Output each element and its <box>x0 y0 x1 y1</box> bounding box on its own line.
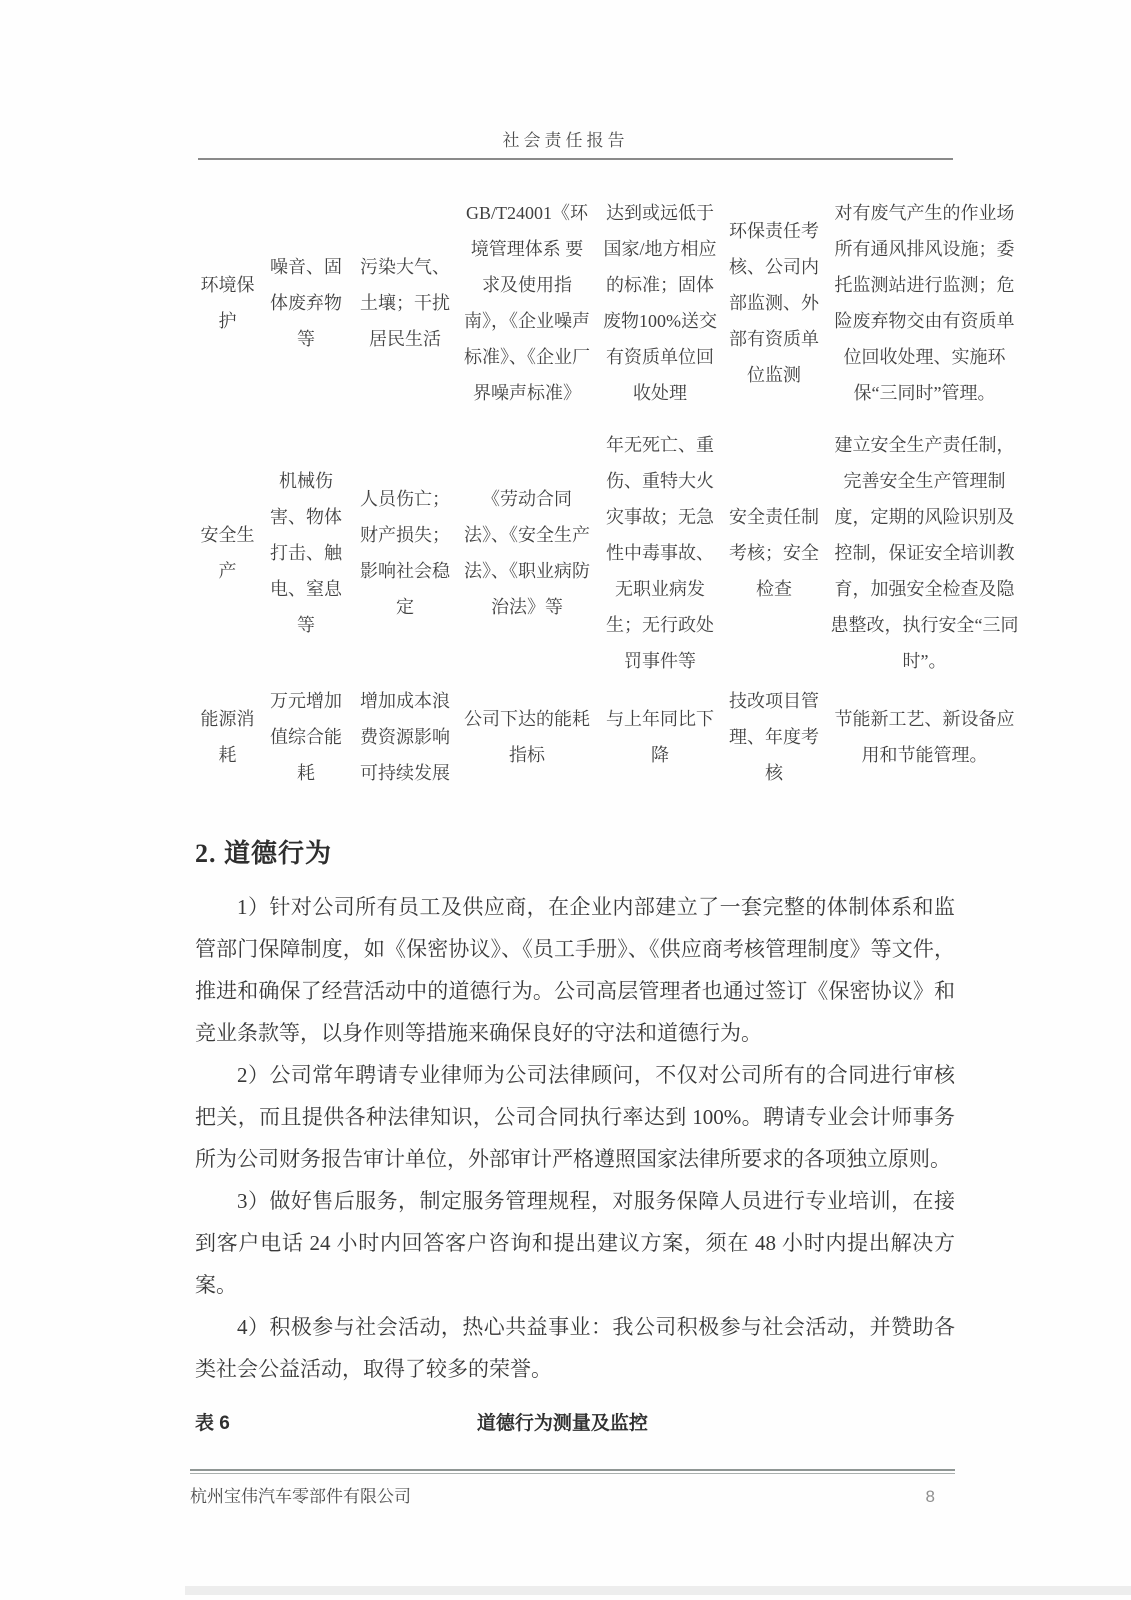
paragraph-4: 4）积极参与社会活动，热心共益事业：我公司积极参与社会活动，并赞助各类社会公益活… <box>195 1306 955 1390</box>
paragraph-1: 1）针对公司所有员工及供应商，在企业内部建立了一套完整的体制体系和监管部门保障制… <box>195 886 955 1054</box>
table-cell: 污染大气、土壤；干扰居民生活 <box>352 180 458 425</box>
footer-company: 杭州宝伟汽车零部件有限公司 <box>190 1482 411 1507</box>
responsibility-table: 环境保护 噪音、固体废弃物等 污染大气、土壤；干扰居民生活 GB/T24001《… <box>195 180 1025 793</box>
table-cell: 环保责任考核、公司内部监测、外部有资质单位监测 <box>724 180 824 425</box>
paragraph-2: 2）公司常年聘请专业律师为公司法律顾问，不仅对公司所有的合同进行审核把关，而且提… <box>195 1054 955 1180</box>
table-row-safety: 安全生产 机械伤害、物体打击、触电、窒息等 人员伤亡；财产损失；影响社会稳定 《… <box>195 425 1025 681</box>
table-cell: 建立安全生产责任制，完善安全生产管理制度，定期的风险识别及控制，保证安全培训教育… <box>824 425 1025 681</box>
table-cell: 公司下达的能耗指标 <box>458 681 596 793</box>
table-cell: 达到或远低于国家/地方相应的标准；固体废物100%送交有资质单位回收处理 <box>596 180 724 425</box>
table-row-energy: 能源消耗 万元增加值综合能耗 增加成本浪费资源影响可持续发展 公司下达的能耗指标… <box>195 681 1025 793</box>
paragraph-3: 3）做好售后服务，制定服务管理规程，对服务保障人员进行专业培训，在接到客户电话 … <box>195 1180 955 1306</box>
table-caption-label: 表 6 <box>195 1408 230 1435</box>
document-page: 社会责任报告 环境保护 噪音、固体废弃物等 污染大气、土壤；干扰居民生活 GB/… <box>0 0 1131 1600</box>
table-cell: 万元增加值综合能耗 <box>260 681 352 793</box>
table-caption: 表 6 道德行为测量及监控 <box>195 1408 955 1435</box>
table-cell: 机械伤害、物体打击、触电、窒息等 <box>260 425 352 681</box>
header-divider <box>198 158 953 160</box>
table-cell: 安全生产 <box>195 425 260 681</box>
table-cell: 人员伤亡；财产损失；影响社会稳定 <box>352 425 458 681</box>
table-cell: 年无死亡、重伤、重特大火灾事故；无急性中毒事故、无职业病发生；无行政处罚事件等 <box>596 425 724 681</box>
footer-divider <box>190 1469 955 1474</box>
table-cell: 节能新工艺、新设备应用和节能管理。 <box>824 681 1025 793</box>
page-content: 环境保护 噪音、固体废弃物等 污染大气、土壤；干扰居民生活 GB/T24001《… <box>195 180 955 1435</box>
table-cell: 增加成本浪费资源影响可持续发展 <box>352 681 458 793</box>
table-cell: 与上年同比下降 <box>596 681 724 793</box>
page-header-title: 社会责任报告 <box>0 126 1131 151</box>
table-cell: GB/T24001《环境管理体系 要求及使用指南》，《企业噪声标准》、《企业厂界… <box>458 180 596 425</box>
table-cell: 能源消耗 <box>195 681 260 793</box>
page-number: 8 <box>926 1487 955 1507</box>
table-caption-title: 道德行为测量及监控 <box>230 1408 955 1435</box>
table-cell: 环境保护 <box>195 180 260 425</box>
table-cell: 对有废气产生的作业场所有通风排风设施；委托监测站进行监测；危险废弃物交由有资质单… <box>824 180 1025 425</box>
section-heading: 2. 道德行为 <box>195 833 955 870</box>
page-footer: 杭州宝伟汽车零部件有限公司 8 <box>190 1469 955 1507</box>
scan-artifact-band <box>185 1586 1131 1595</box>
table-cell: 安全责任制考核；安全检查 <box>724 425 824 681</box>
footer-text-row: 杭州宝伟汽车零部件有限公司 8 <box>190 1482 955 1507</box>
table-cell: 《劳动合同法》、《安全生产法》、《职业病防治法》等 <box>458 425 596 681</box>
table-cell: 技改项目管理、年度考核 <box>724 681 824 793</box>
table-cell: 噪音、固体废弃物等 <box>260 180 352 425</box>
table-row-environment: 环境保护 噪音、固体废弃物等 污染大气、土壤；干扰居民生活 GB/T24001《… <box>195 180 1025 425</box>
